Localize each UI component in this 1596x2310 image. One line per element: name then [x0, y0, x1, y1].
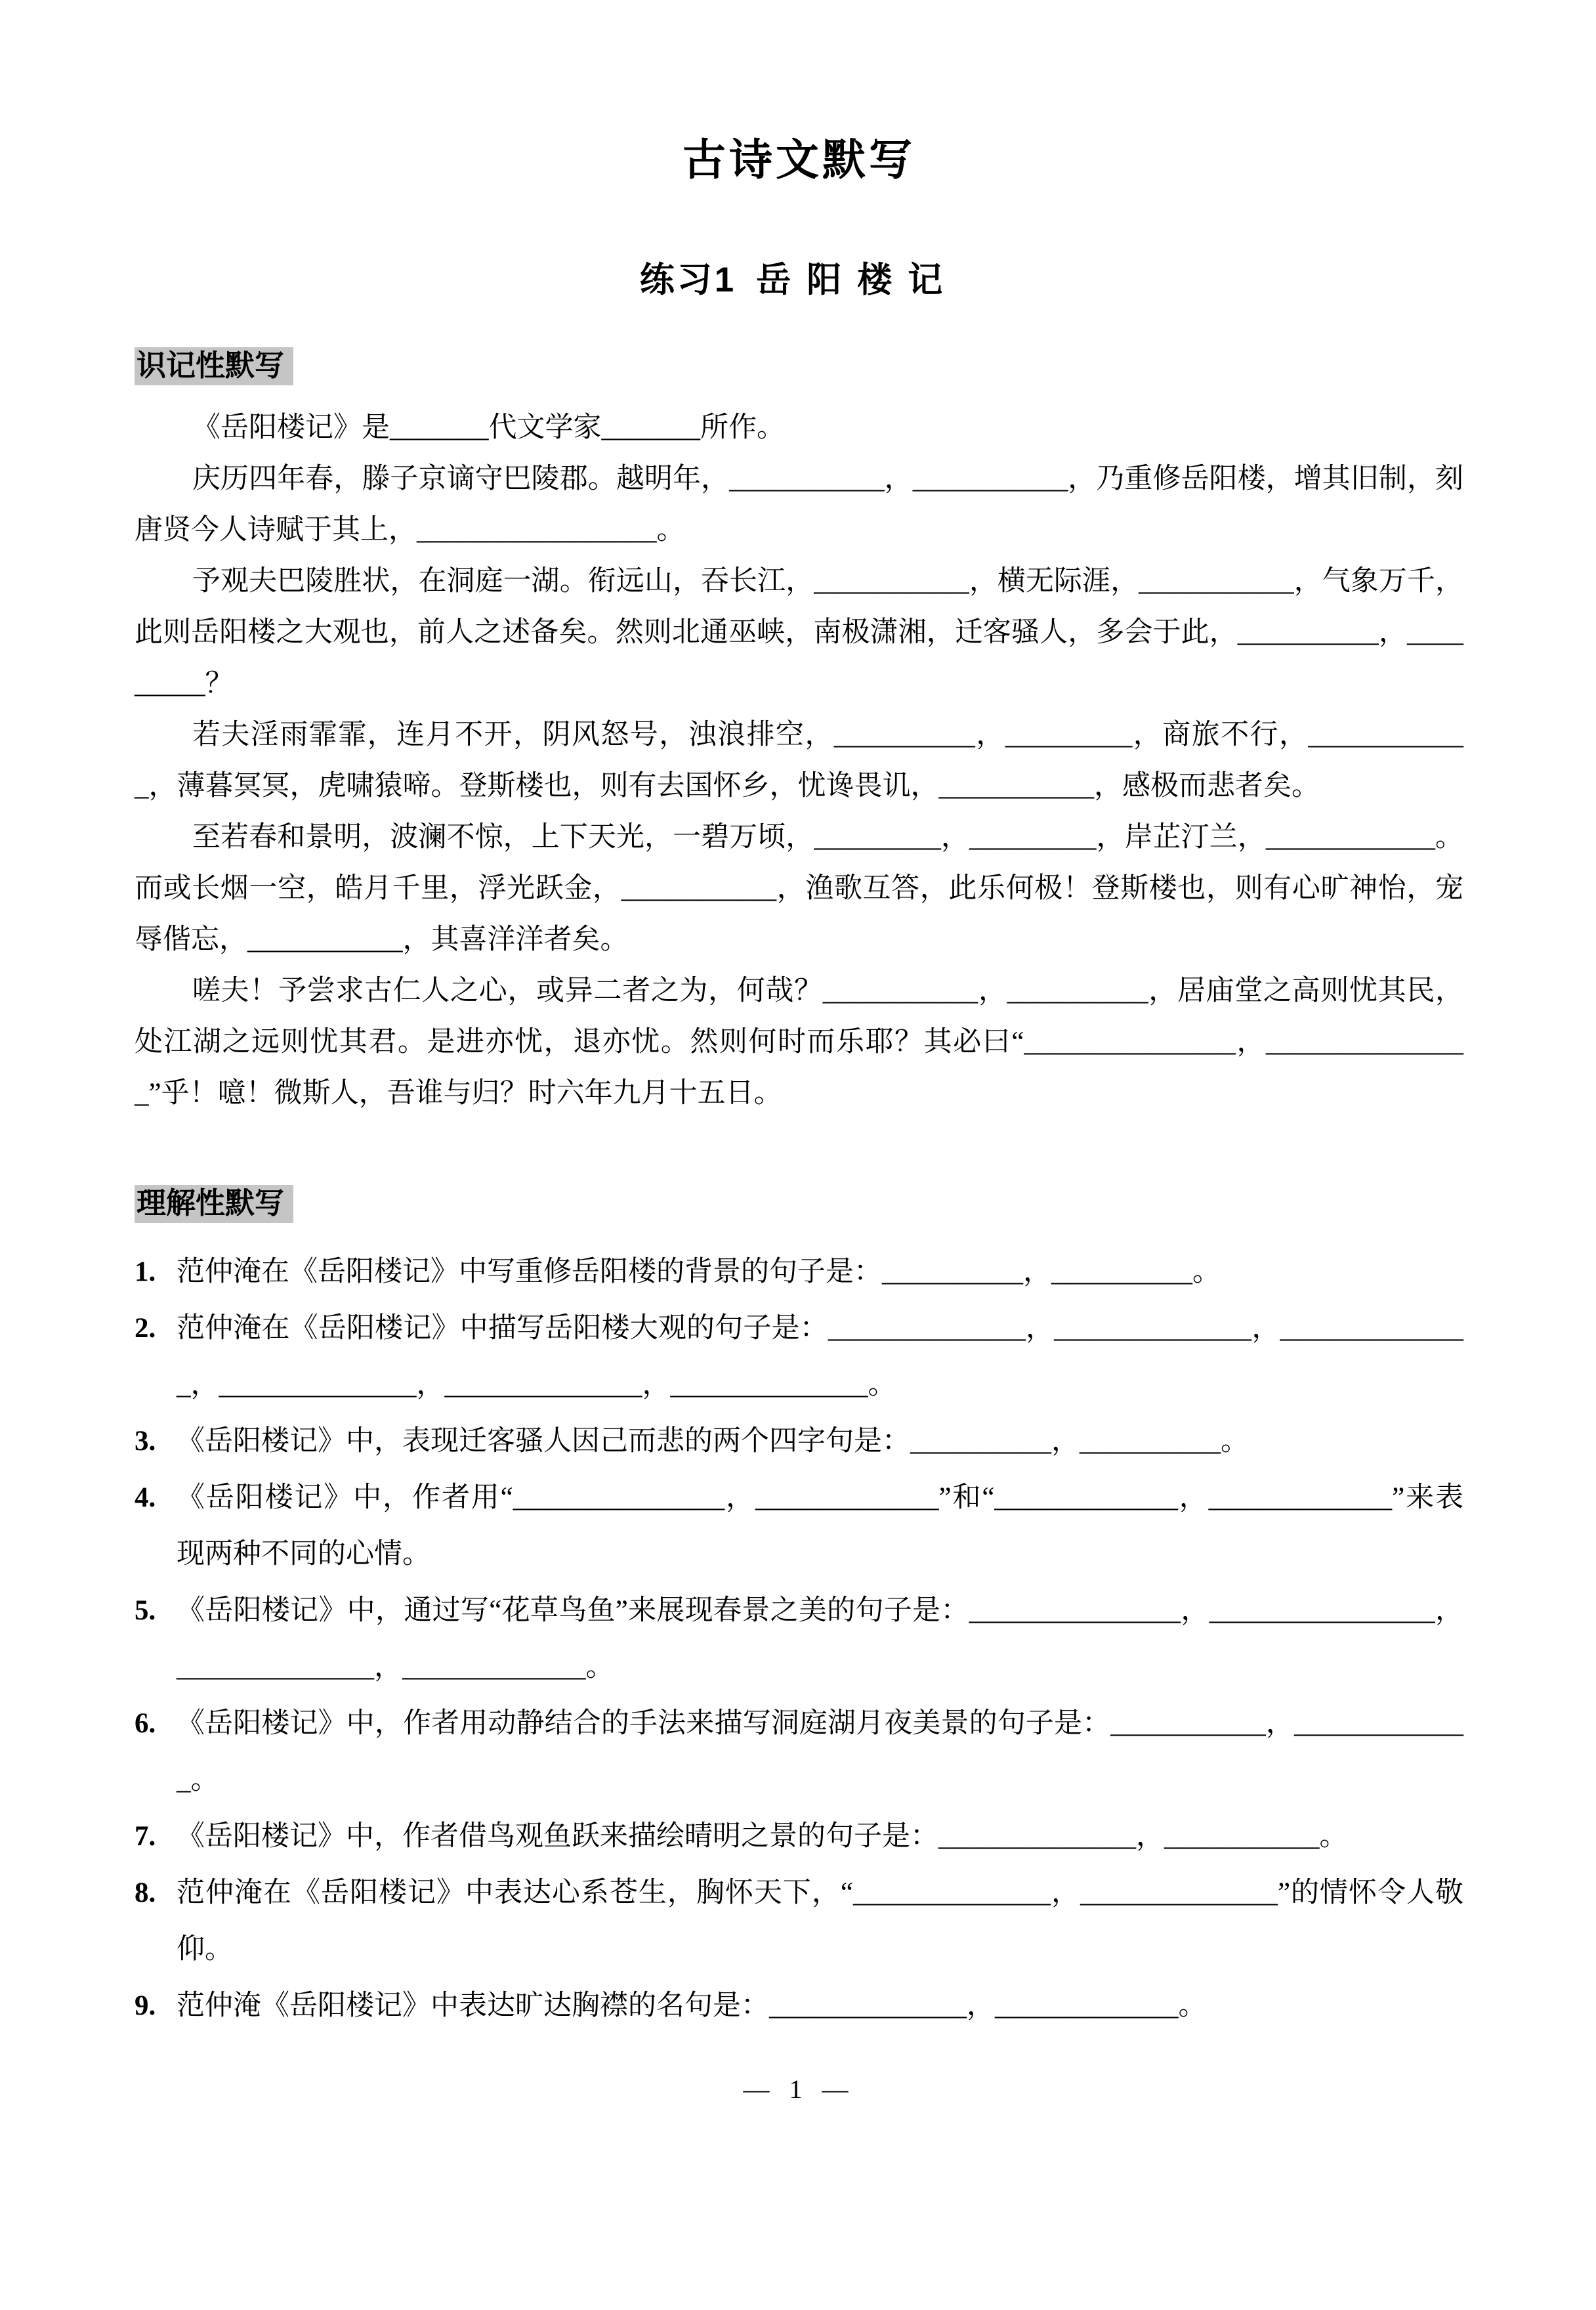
- question-1: 1.范仲淹在《岳阳楼记》中写重修岳阳楼的背景的句子是：__________，__…: [135, 1244, 1463, 1300]
- paragraph-1: 《岳阳楼记》是_______代文学家_______所作。: [135, 402, 1463, 454]
- rote-dictation-section: 《岳阳楼记》是_______代文学家_______所作。 庆历四年春，滕子京谪守…: [135, 402, 1463, 1119]
- exercise-number: 练习1: [640, 261, 736, 299]
- exercise-name: 岳阳楼记: [756, 261, 958, 299]
- question-8-number: 8.: [135, 1865, 156, 1921]
- question-3-text: 《岳阳楼记》中，表现迁客骚人因己而悲的两个四字句是：__________，___…: [177, 1426, 1249, 1457]
- paragraph-5: 至若春和景明，波澜不惊，上下天光，一碧万顷，_________，________…: [135, 812, 1463, 966]
- page-title: 古诗文默写: [135, 139, 1463, 182]
- question-6: 6.《岳阳楼记》中，作者用动静结合的手法来描写洞庭湖月夜美景的句子是：_____…: [135, 1696, 1463, 1808]
- question-4-number: 4.: [135, 1470, 156, 1526]
- paragraph-4: 若夫淫雨霏霏，连月不开，阴风怒号，浊浪排空，__________，_______…: [135, 710, 1463, 812]
- section-header-rote-dictation: 识记性默写: [135, 347, 293, 385]
- question-6-text: 《岳阳楼记》中，作者用动静结合的手法来描写洞庭湖月夜美景的句子是：_______…: [177, 1708, 1463, 1795]
- question-9-number: 9.: [135, 1978, 156, 2034]
- comprehension-dictation-section: 1.范仲淹在《岳阳楼记》中写重修岳阳楼的背景的句子是：__________，__…: [135, 1244, 1463, 2034]
- question-8: 8.范仲淹在《岳阳楼记》中表达心系苍生，胸怀天下，“______________…: [135, 1865, 1463, 1978]
- question-4: 4.《岳阳楼记》中，作者用“_______________，__________…: [135, 1470, 1463, 1583]
- question-2: 2.范仲淹在《岳阳楼记》中描写岳阳楼大观的句子是：______________，…: [135, 1300, 1463, 1413]
- question-7-number: 7.: [135, 1808, 156, 1865]
- question-2-number: 2.: [135, 1300, 156, 1357]
- question-7: 7.《岳阳楼记》中，作者借鸟观鱼跃来描绘晴明之景的句子是：___________…: [135, 1808, 1463, 1865]
- paragraph-2: 庆历四年春，滕子京谪守巴陵郡。越明年，___________，_________…: [135, 454, 1463, 556]
- page-number: — 1 —: [135, 2074, 1463, 2105]
- question-5: 5.《岳阳楼记》中，通过写“花草鸟鱼”来展现春景之美的句子是：_________…: [135, 1583, 1463, 1696]
- question-6-number: 6.: [135, 1696, 156, 1752]
- question-4-text: 《岳阳楼记》中，作者用“_______________，____________…: [177, 1482, 1463, 1570]
- section-header-comprehension-dictation: 理解性默写: [135, 1185, 293, 1223]
- paragraph-6: 嗟夫！予尝求古仁人之心，或异二者之为，何哉？___________，______…: [135, 966, 1463, 1119]
- paragraph-3: 予观夫巴陵胜状，在洞庭一湖。衔远山，吞长江，___________，横无际涯，_…: [135, 556, 1463, 710]
- question-5-text: 《岳阳楼记》中，通过写“花草鸟鱼”来展现春景之美的句子是：___________…: [177, 1595, 1463, 1682]
- worksheet-page: 古诗文默写 练习1岳阳楼记 识记性默写 《岳阳楼记》是_______代文学家__…: [0, 0, 1596, 2310]
- question-9-text: 范仲淹《岳阳楼记》中表达旷达胸襟的名句是：______________，____…: [177, 1990, 1207, 2021]
- question-7-text: 《岳阳楼记》中，作者借鸟观鱼跃来描绘晴明之景的句子是：_____________…: [177, 1821, 1348, 1852]
- question-3: 3.《岳阳楼记》中，表现迁客骚人因己而悲的两个四字句是：__________，_…: [135, 1413, 1463, 1470]
- question-2-text: 范仲淹在《岳阳楼记》中描写岳阳楼大观的句子是：______________，__…: [177, 1313, 1463, 1400]
- question-1-text: 范仲淹在《岳阳楼记》中写重修岳阳楼的背景的句子是：__________，____…: [177, 1256, 1221, 1287]
- question-3-number: 3.: [135, 1413, 156, 1470]
- question-5-number: 5.: [135, 1583, 156, 1639]
- question-9: 9.范仲淹《岳阳楼记》中表达旷达胸襟的名句是：______________，__…: [135, 1978, 1463, 2034]
- question-8-text: 范仲淹在《岳阳楼记》中表达心系苍生，胸怀天下，“______________，_…: [177, 1877, 1463, 1965]
- exercise-subtitle: 练习1岳阳楼记: [135, 263, 1463, 297]
- question-1-number: 1.: [135, 1244, 156, 1300]
